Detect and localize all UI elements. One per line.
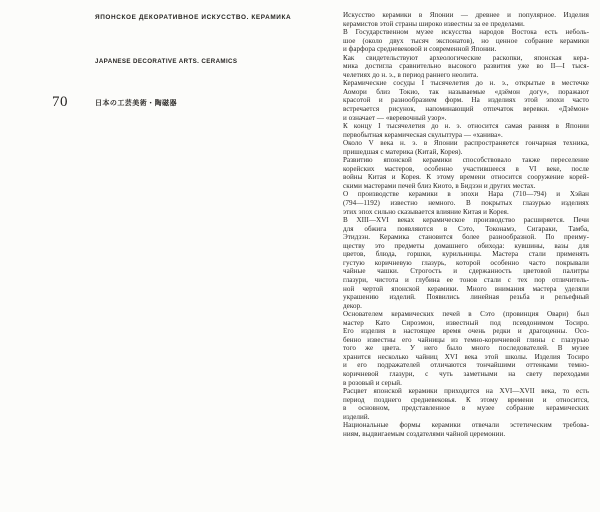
text-line: декор. [343, 302, 589, 311]
text-line: в розовый и серый. [343, 379, 589, 388]
text-line: (794—1192) известно немного. В покрытых … [343, 199, 589, 208]
text-line: чайные чашки. Строгость и сдержанность ц… [343, 267, 589, 276]
text-line: Развитию японской керамики способствовал… [343, 156, 589, 165]
text-line: для обжига появляются в Сэто, Токонамэ, … [343, 225, 589, 234]
text-line: скими мастерами печей близ Киото, в Бидз… [343, 182, 589, 191]
text-line: период позднего средневековья. К этому в… [343, 396, 589, 405]
book-page: ЯПОНСКОЕ ДЕКОРАТИВНОЕ ИСКУССТВО. КЕРАМИК… [0, 0, 600, 512]
text-line: в основном, представленное в музее собра… [343, 404, 589, 413]
text-line: О производстве керамики в эпохи Нара (71… [343, 190, 589, 199]
text-line: этих эпох сильно сказывается влияние Кит… [343, 208, 589, 217]
text-line: встречается рисунок, напоминающий отпеча… [343, 105, 589, 114]
text-line: Около V века н. э. в Японии распространя… [343, 139, 589, 148]
text-line: корейских мастеров, особенно участившеес… [343, 165, 589, 174]
text-line: коричневой глазури, с чуть заметными на … [343, 370, 589, 379]
text-line: Искусство керамики в Японии — древнее и … [343, 11, 589, 20]
text-line: пришедшая с материка (Китай, Корея). [343, 148, 589, 157]
text-line: и означает — «веревочный узор». [343, 114, 589, 123]
text-line: Национальные формы керамики отвечали эст… [343, 421, 589, 430]
running-head-japanese: 日本の工芸美術・陶磁器 [95, 98, 177, 108]
text-line: мика достигла сравнительно высокого разв… [343, 62, 589, 71]
text-line: того же цвета. У него было много последо… [343, 344, 589, 353]
text-line: бенно известны его чайницы из темно-кори… [343, 336, 589, 345]
text-line: ной чертой японской керамики. Много вним… [343, 285, 589, 294]
text-line: Расцвет японской керамики приходится на … [343, 387, 589, 396]
text-line: украшению изделий. Появились линейная ре… [343, 293, 589, 302]
text-line: глазури, чистота и глубина ее тонов стал… [343, 276, 589, 285]
text-line: Как свидетельствуют археологические раск… [343, 54, 589, 63]
text-line: хранится несколько чайниц XVI века этой … [343, 353, 589, 362]
text-line: изделий. [343, 413, 589, 422]
text-line: первобытная керамическая скульптура — «х… [343, 131, 589, 140]
text-line: ществу это предметы домашнего обихода: к… [343, 242, 589, 251]
text-line: К концу I тысячелетия до н. э. относится… [343, 122, 589, 131]
text-line: густую коричневую глазурь, которой особе… [343, 259, 589, 268]
text-line: и его подражателей отличаются тончайшими… [343, 361, 589, 370]
text-line: Основателем керамических печей в Сэто (п… [343, 310, 589, 319]
page-number: 70 [52, 94, 68, 111]
text-line: челетиях до н. э., в период раннего неол… [343, 71, 589, 80]
text-line: В Государственном музее искусства народо… [343, 28, 589, 37]
text-line: ниям, выдвигаемым создателями чайной цер… [343, 430, 589, 439]
text-line: войны Китая и Корея. К этому времени отн… [343, 173, 589, 182]
running-head-english: JAPANESE DECORATIVE ARTS. CERAMICS [95, 58, 237, 65]
text-line: керамистов этой страны широко известны з… [343, 20, 589, 29]
text-line: красотой и разнообразием форм. На издели… [343, 96, 589, 105]
text-line: шое (около двух тысяч экспонатов), но це… [343, 37, 589, 46]
running-head-russian: ЯПОНСКОЕ ДЕКОРАТИВНОЕ ИСКУССТВО. КЕРАМИК… [95, 14, 291, 21]
text-line: В XIII—XVI веках керамическое производст… [343, 216, 589, 225]
text-line: и фарфора средневековой и современной Яп… [343, 45, 589, 54]
text-line: Его изделия в настоящее время очень редк… [343, 327, 589, 336]
text-line: цветов, блюда, горшки, курильницы. Масте… [343, 250, 589, 259]
text-line: Этидзэн. Керамика становится более разно… [343, 233, 589, 242]
text-line: мастер Като Сироэмон, известный под псев… [343, 319, 589, 328]
text-line: Аомори близ Токио, так называемые «дзёмо… [343, 88, 589, 97]
text-line: Керамические сосуды I тысячелетия до н. … [343, 79, 589, 88]
article-text-column: Искусство керамики в Японии — древнее и … [343, 11, 589, 438]
